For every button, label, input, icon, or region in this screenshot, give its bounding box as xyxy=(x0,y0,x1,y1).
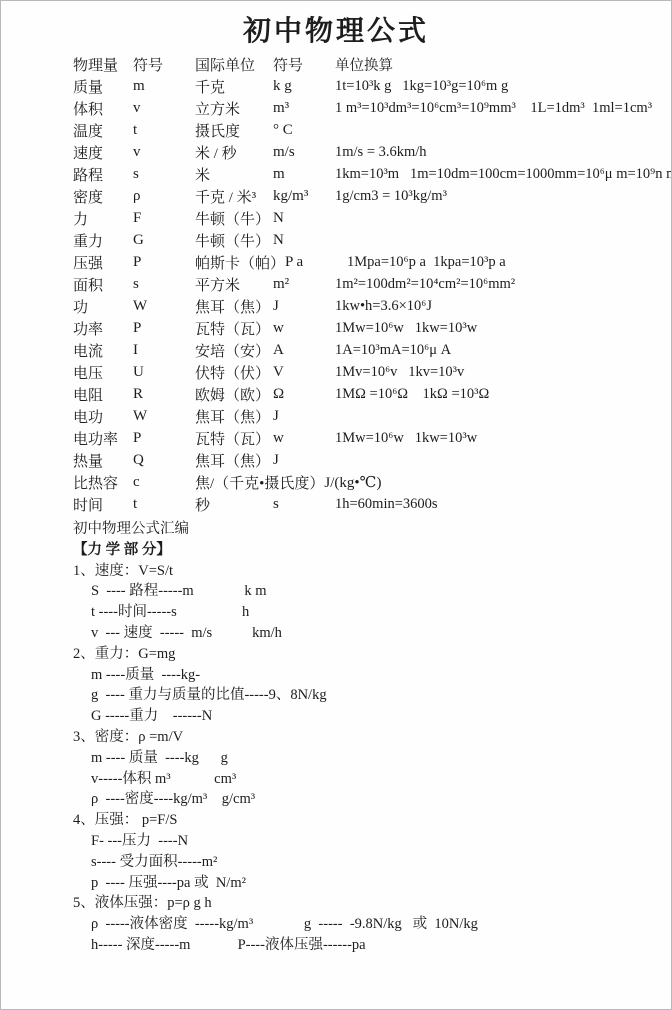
quantity-cell: 体积 xyxy=(73,98,133,119)
conversion-cell: 1m/s = 3.6km/h xyxy=(329,144,427,161)
header-symbol: 符号 xyxy=(133,54,195,75)
symbol-cell: F xyxy=(133,210,195,227)
document-title: 初中物理公式 xyxy=(1,15,671,47)
formula-line: 5、液体压强：p=ρ g h xyxy=(73,893,671,914)
conversion-cell: 1MΩ =10⁶Ω 1kΩ =10³Ω xyxy=(329,386,489,403)
conversion-cell: 1 m³=10³dm³=10⁶cm³=10⁹mm³ 1L=1dm³ 1ml=1c… xyxy=(329,100,652,117)
quantity-cell: 质量 xyxy=(73,76,133,97)
units-table: 物理量 符号 国际单位 符号 单位换算 质量 m 千克 k g 1t=10³k … xyxy=(73,53,671,515)
symbol-cell: ρ xyxy=(133,188,195,205)
formula-line: 1、速度：V=S/t xyxy=(73,561,671,582)
quantity-cell: 功 xyxy=(73,296,133,317)
unit-symbol-cell: m/s xyxy=(273,144,329,161)
formula-line: S ---- 路程-----m k m xyxy=(73,581,671,602)
formula-line: 3、密度：ρ =m/V xyxy=(73,727,671,748)
symbol-cell: U xyxy=(133,364,195,381)
unit-symbol-cell: m² xyxy=(273,276,329,293)
formula-line: 4、压强： p=F/S xyxy=(73,810,671,831)
table-row: 重力 G 牛顿（牛） N xyxy=(73,229,671,251)
quantity-cell: 压强 xyxy=(73,252,133,273)
formula-line: 2、重力：G=mg xyxy=(73,644,671,665)
unit-symbol-cell: J xyxy=(273,298,329,315)
quantity-cell: 电压 xyxy=(73,362,133,383)
quantity-cell: 热量 xyxy=(73,450,133,471)
unit-symbol-cell: ° C xyxy=(273,122,329,139)
conversion-cell: 1Mw=10⁶w 1kw=10³w xyxy=(329,320,477,337)
unit-name-cell: 欧姆（欧） xyxy=(195,384,273,405)
unit-symbol-cell: J xyxy=(273,452,329,469)
unit-symbol-cell: k g xyxy=(273,78,329,95)
unit-symbol-cell: w xyxy=(273,430,329,447)
symbol-cell: I xyxy=(133,342,195,359)
symbol-cell: P xyxy=(133,320,195,337)
symbol-cell: v xyxy=(133,144,195,161)
quantity-cell: 电功率 xyxy=(73,428,133,449)
symbol-cell: m xyxy=(133,78,195,95)
quantity-cell: 电功 xyxy=(73,406,133,427)
table-row: 电压 U 伏特（伏） V 1Mv=10⁶v 1kv=10³v xyxy=(73,361,671,383)
table-row: 体积 v 立方米 m³ 1 m³=10³dm³=10⁶cm³=10⁹mm³ 1L… xyxy=(73,97,671,119)
formula-line: F- ---压力 ----N xyxy=(73,831,671,852)
formula-line: G -----重力 ------N xyxy=(73,706,671,727)
table-row: 电流 I 安培（安） A 1A=10³mA=10⁶μ A xyxy=(73,339,671,361)
quantity-cell: 力 xyxy=(73,208,133,229)
header-conversion: 单位换算 xyxy=(329,54,393,75)
symbol-cell: t xyxy=(133,496,195,513)
unit-symbol-cell: m³ xyxy=(273,100,329,117)
unit-name-cell: 牛顿（牛） xyxy=(195,230,273,251)
symbol-cell: t xyxy=(133,122,195,139)
formula-line: v-----体积 m³ cm³ xyxy=(73,769,671,790)
mechanics-part-title: 【力 学 部 分】 xyxy=(73,540,671,561)
symbol-cell: W xyxy=(133,408,195,425)
formula-line: v --- 速度 ----- m/s km/h xyxy=(73,623,671,644)
quantity-cell: 面积 xyxy=(73,274,133,295)
formula-line: ρ ----密度----kg/m³ g/cm³ xyxy=(73,789,671,810)
conversion-cell: 1m²=100dm²=10⁴cm²=10⁶mm² xyxy=(329,276,515,293)
symbol-cell: s xyxy=(133,276,195,293)
unit-name-cell: 帕斯卡（帕） xyxy=(195,252,285,273)
table-row: 比热容 c 焦/（千克•摄氏度） J/(kg•℃) xyxy=(73,471,671,493)
formula-line: t ----时间-----s h xyxy=(73,602,671,623)
symbol-cell: Q xyxy=(133,452,195,469)
symbol-cell: R xyxy=(133,386,195,403)
conversion-cell: 1g/cm3 = 10³kg/m³ xyxy=(329,188,447,205)
unit-name-cell: 千克 xyxy=(195,76,273,97)
unit-name-cell: 瓦特（瓦） xyxy=(195,428,273,449)
quantity-cell: 路程 xyxy=(73,164,133,185)
table-row: 功 W 焦耳（焦） J 1kw•h=3.6×10⁶J xyxy=(73,295,671,317)
symbol-cell: v xyxy=(133,100,195,117)
symbol-cell: c xyxy=(133,474,195,491)
formula-line: h----- 深度-----m P----液体压强------pa xyxy=(73,935,671,956)
table-row: 压强 P 帕斯卡（帕） P a 1Mpa=10⁶p a 1kpa=10³p a xyxy=(73,251,671,273)
units-table-body: 质量 m 千克 k g 1t=10³k g 1kg=10³g=10⁶m g 体积… xyxy=(73,75,671,515)
formula-line: m ----质量 ----kg- xyxy=(73,665,671,686)
conversion-cell: 1h=60min=3600s xyxy=(329,496,438,513)
unit-symbol-cell: J xyxy=(273,408,329,425)
unit-symbol-cell: Ω xyxy=(273,386,329,403)
unit-symbol-cell: A xyxy=(273,342,329,359)
quantity-cell: 功率 xyxy=(73,318,133,339)
table-row: 时间 t 秒 s 1h=60min=3600s xyxy=(73,493,671,515)
unit-name-cell: 平方米 xyxy=(195,274,273,295)
header-unit-symbol: 符号 xyxy=(273,54,329,75)
formula-line: m ---- 质量 ----kg g xyxy=(73,748,671,769)
unit-name-cell: 摄氏度 xyxy=(195,120,273,141)
conversion-cell: 1Mw=10⁶w 1kw=10³w xyxy=(329,430,477,447)
conversion-cell: 1Mv=10⁶v 1kv=10³v xyxy=(329,364,464,381)
table-row: 面积 s 平方米 m² 1m²=100dm²=10⁴cm²=10⁶mm² xyxy=(73,273,671,295)
unit-name-cell: 焦/（千克•摄氏度） xyxy=(195,472,324,493)
formula-line: ρ -----液体密度 -----kg/m³ g ----- -9.8N/kg … xyxy=(73,914,671,935)
conversion-cell: 1Mpa=10⁶p a 1kpa=10³p a xyxy=(341,254,506,271)
symbol-cell: P xyxy=(133,430,195,447)
conversion-cell: 1km=10³m 1m=10dm=100cm=1000mm=10⁶μ m=10⁹… xyxy=(329,166,672,183)
unit-symbol-cell: kg/m³ xyxy=(273,188,329,205)
unit-name-cell: 米 / 秒 xyxy=(195,142,273,163)
unit-symbol-cell: N xyxy=(273,210,329,227)
quantity-cell: 电流 xyxy=(73,340,133,361)
quantity-cell: 密度 xyxy=(73,186,133,207)
formula-line: g ---- 重力与质量的比值-----9、8N/kg xyxy=(73,685,671,706)
table-row: 温度 t 摄氏度 ° C xyxy=(73,119,671,141)
formula-line: s---- 受力面积-----m² xyxy=(73,852,671,873)
unit-symbol-cell: V xyxy=(273,364,329,381)
conversion-cell: 1A=10³mA=10⁶μ A xyxy=(329,342,451,359)
unit-name-cell: 秒 xyxy=(195,494,273,515)
table-row: 速度 v 米 / 秒 m/s 1m/s = 3.6km/h xyxy=(73,141,671,163)
table-row: 力 F 牛顿（牛） N xyxy=(73,207,671,229)
conversion-cell: 1t=10³k g 1kg=10³g=10⁶m g xyxy=(329,78,508,95)
symbol-cell: P xyxy=(133,254,195,271)
quantity-cell: 温度 xyxy=(73,120,133,141)
unit-name-cell: 安培（安） xyxy=(195,340,273,361)
unit-name-cell: 伏特（伏） xyxy=(195,362,273,383)
symbol-cell: s xyxy=(133,166,195,183)
unit-name-cell: 焦耳（焦） xyxy=(195,450,273,471)
table-row: 电功 W 焦耳（焦） J xyxy=(73,405,671,427)
unit-symbol-cell: P a xyxy=(285,254,341,271)
unit-symbol-cell: s xyxy=(273,496,329,513)
symbol-cell: W xyxy=(133,298,195,315)
table-row: 功率 P 瓦特（瓦） w 1Mw=10⁶w 1kw=10³w xyxy=(73,317,671,339)
unit-name-cell: 米 xyxy=(195,164,273,185)
quantity-cell: 电阻 xyxy=(73,384,133,405)
formula-section: 初中物理公式汇编 【力 学 部 分】 1、速度：V=S/t S ---- 路程-… xyxy=(73,519,671,956)
conversion-cell: 1kw•h=3.6×10⁶J xyxy=(329,298,432,315)
compilation-title: 初中物理公式汇编 xyxy=(73,519,671,540)
unit-name-cell: 焦耳（焦） xyxy=(195,406,273,427)
unit-name-cell: 焦耳（焦） xyxy=(195,296,273,317)
table-row: 路程 s 米 m 1km=10³m 1m=10dm=100cm=1000mm=1… xyxy=(73,163,671,185)
unit-symbol-cell: J/(kg•℃) xyxy=(324,473,381,492)
unit-symbol-cell: w xyxy=(273,320,329,337)
physics-formula-document: 初中物理公式 物理量 符号 国际单位 符号 单位换算 质量 m 千克 k g 1… xyxy=(0,0,672,1010)
quantity-cell: 重力 xyxy=(73,230,133,251)
header-unit-name: 国际单位 xyxy=(195,54,273,75)
quantity-cell: 速度 xyxy=(73,142,133,163)
formula-line: p ---- 压强----pa 或 N/m² xyxy=(73,873,671,894)
header-quantity: 物理量 xyxy=(73,54,133,75)
unit-symbol-cell: N xyxy=(273,232,329,249)
unit-name-cell: 瓦特（瓦） xyxy=(195,318,273,339)
unit-name-cell: 牛顿（牛） xyxy=(195,208,273,229)
unit-symbol-cell: m xyxy=(273,166,329,183)
table-row: 质量 m 千克 k g 1t=10³k g 1kg=10³g=10⁶m g xyxy=(73,75,671,97)
table-row: 热量 Q 焦耳（焦） J xyxy=(73,449,671,471)
quantity-cell: 时间 xyxy=(73,494,133,515)
table-row: 密度 ρ 千克 / 米³ kg/m³ 1g/cm3 = 10³kg/m³ xyxy=(73,185,671,207)
units-table-header: 物理量 符号 国际单位 符号 单位换算 xyxy=(73,53,671,75)
symbol-cell: G xyxy=(133,232,195,249)
table-row: 电阻 R 欧姆（欧） Ω 1MΩ =10⁶Ω 1kΩ =10³Ω xyxy=(73,383,671,405)
table-row: 电功率 P 瓦特（瓦） w 1Mw=10⁶w 1kw=10³w xyxy=(73,427,671,449)
unit-name-cell: 立方米 xyxy=(195,98,273,119)
formula-lines: 1、速度：V=S/t S ---- 路程-----m k m t ----时间-… xyxy=(73,561,671,956)
quantity-cell: 比热容 xyxy=(73,472,133,493)
unit-name-cell: 千克 / 米³ xyxy=(195,186,273,207)
